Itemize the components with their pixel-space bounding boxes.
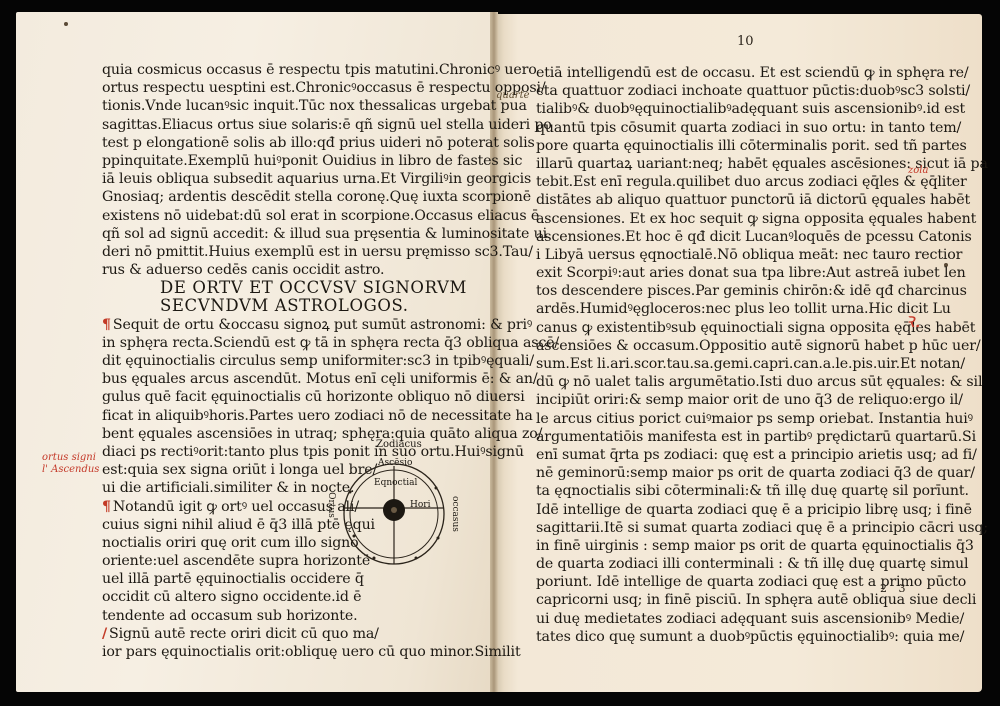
text-line: etiā intelligendū est de occasu. Et est … <box>536 64 988 82</box>
text-line: gulus quē facit ęquinoctialis cū horizon… <box>102 388 559 406</box>
text-line: pore quarta ęquinoctialis illi cōtermina… <box>536 137 988 155</box>
margin-note-quarte: quarte <box>496 90 530 102</box>
text-line: ior pars ęquinoctialis orit:obliquę uero… <box>102 643 559 661</box>
text-line: deri nō pmittit.Huius exemplū est in uer… <box>102 243 559 261</box>
text-line: poriunt. Idē intellige de quarta zodiaci… <box>536 573 988 591</box>
text-line: tos descendere pisces.Par geminis chirōn… <box>536 282 988 300</box>
text-line: sagittarii.Itē si sumat quarta zodiaci q… <box>536 519 988 537</box>
pilcrow-icon: ¶ <box>102 499 111 515</box>
text-line: cta quattuor zodiaci inchoate quattuor p… <box>536 82 988 100</box>
text-line: quia cosmicus occasus ē respectu tpis ma… <box>102 61 559 79</box>
paper-stain <box>64 22 68 26</box>
text-line: exit Scorpiꝰ:aut aries donat sua tpa lib… <box>536 264 988 282</box>
text-line: Gnosiaq; ardentis descēdit stella coronę… <box>102 188 559 206</box>
text-line: test p elongationē solis ab illo:qđ priu… <box>102 134 559 152</box>
zodiac-ascension-diagram <box>332 452 468 572</box>
section-heading: DE ORTV ET OCCVSV SIGNORVM <box>102 279 559 297</box>
diagram-label-occasus: occasus <box>450 496 460 532</box>
text-line: noctialis oriri quę orit cum illo signo <box>102 534 324 552</box>
text-line: dit ęquinoctialis circulus semp uniformi… <box>102 352 559 370</box>
text-line: distātes ab aliquo quattuor punctorū iā … <box>536 191 988 209</box>
text-line: rus & aduerso cedēs canis occidit astro. <box>102 261 559 279</box>
text-line: de quarta zodiaci illi conterminali : & … <box>536 555 988 573</box>
text-line: argumentatiōis manifesta est in partibꝰ … <box>536 428 988 446</box>
text-line: qñ sol ad signū accedit: & illud sua prę… <box>102 225 559 243</box>
text-line: est:quia sex signa oriūt i longa uel bre… <box>102 461 559 479</box>
text-line: i Libyā uersus ęqnoctialē.Nō obliqua meā… <box>536 246 988 264</box>
text-line: ¶Sequit de ortu &occasu signoꝝ put sumūt… <box>102 316 559 334</box>
text-line: nē geminorū:semp maior ps orit de quarta… <box>536 464 988 482</box>
text-line: ppinquitate.Exemplū huiꝰponit Ouidius in… <box>102 152 559 170</box>
margin-note-symbol: ꝛ. <box>905 314 921 326</box>
text-line: le arcus citius porict cuiꝰmaior ps semp… <box>536 410 988 428</box>
text-line: ta ęqnoctialis sibi cōterminali:& tñ ill… <box>536 482 988 500</box>
signature-mark: 2 3 <box>880 582 910 595</box>
text-line: incipiūt oriri:& semp maior orit de uno … <box>536 391 988 409</box>
text-line: enī sumat q̄rta ps zodiaci: quę est a pr… <box>536 446 988 464</box>
text-line: cuius signi nihil aliud ē q̄3 illā ptē ę… <box>102 516 324 534</box>
diagram-label-horizon: Hori <box>410 500 430 510</box>
text-line: bent ęquales ascensiōes in utraq; sphęra… <box>102 425 559 443</box>
text-line: tialibꝰ& duobꝰęquinoctialibꝰadęquant sui… <box>536 100 988 118</box>
right-page-text: etiā intelligendū est de occasu. Et est … <box>536 64 988 646</box>
margin-note-left: ortus signi l' Ascendus <box>42 452 99 476</box>
text-line: oriente:uel ascendēte supra horizontē <box>102 552 324 570</box>
diagram-label-ortus: Ortus <box>326 492 336 518</box>
paragraph-mark-icon: / <box>102 626 107 642</box>
left-page-text: quia cosmicus occasus ē respectu tpis ma… <box>102 61 559 661</box>
text-line: /Signū autē recte oriri dicit cū quo ma/ <box>102 625 324 643</box>
text-line: Idē intellige de quarta zodiaci quę ē a … <box>536 501 988 519</box>
diagram-label-zodiacus: Zodiacus <box>376 439 422 450</box>
text-line: in sphęra recta.Sciendū est ꝙ tā in sphę… <box>102 334 559 352</box>
text-line: occidit cū altero signo occidente.id ē <box>102 588 324 606</box>
text-line: dū ꝙ nō ualet talis argumētatio.Isti duo… <box>536 373 988 391</box>
text-line: quantū tpis cōsumit quarta zodiaci in su… <box>536 119 988 137</box>
section-heading: SECVNDVM ASTROLOGOS. <box>102 297 559 315</box>
text-line: ui duę medietates zodiaci adęquant suis … <box>536 610 988 628</box>
diagram-label-ascension: Ascēsio <box>378 458 412 468</box>
text-line: bus ęquales arcus ascendūt. Motus enī cę… <box>102 370 559 388</box>
text-line: ascensiones.Et hoc ē qđ dicit Lucanꝰloqu… <box>536 228 988 246</box>
diagram-label-equinoctial: Eqnoctial <box>374 478 417 488</box>
text-line: capricorni usq; in finē pisciū. In sphęr… <box>536 591 988 609</box>
text-line: tionis.Vnde lucanꝰsic inquit.Tūc nox the… <box>102 97 559 115</box>
text-line: existens nō uidebat:dū sol erat in scorp… <box>102 207 559 225</box>
text-line: tates dico quę sumunt a duobꝰpūctis ęqui… <box>536 628 988 646</box>
text-line: ficat in aliquibꝰhoris.Partes uero zodia… <box>102 407 559 425</box>
page-number: 10 <box>737 34 754 49</box>
text-line: ¶Notandū igit ꝙ ortꝰ uel occasus ali/ <box>102 498 324 516</box>
text-line: sum.Est li.ari.scor.tau.sa.gemi.capri.ca… <box>536 355 988 373</box>
pilcrow-icon: ¶ <box>102 317 111 333</box>
text-line: sagittas.Eliacus ortus siue solaris:ē qñ… <box>102 116 559 134</box>
text-line: tendente ad occasum sub horizonte. <box>102 607 324 625</box>
text-line: ascensiōes & occasum.Oppositio autē sign… <box>536 337 988 355</box>
zodiac-circle-diagram-icon <box>332 452 468 572</box>
text-line: ascensiones. Et ex hoc sequit ꝙ signa op… <box>536 210 988 228</box>
text-line: iā leuis obliqua subsedit aquarius urna.… <box>102 170 559 188</box>
text-line: ortus respectu uesptini est.Chronicꝰocca… <box>102 79 559 97</box>
text-line: uel illā partē ęquinoctialis occidere q̄ <box>102 570 324 588</box>
text-line: in finē uirginis : semp maior ps orit de… <box>536 537 988 555</box>
text-line: diaci ps rectiꝰorit:tanto plus tpis poni… <box>102 443 559 461</box>
margin-note-zola: zola <box>908 165 928 177</box>
